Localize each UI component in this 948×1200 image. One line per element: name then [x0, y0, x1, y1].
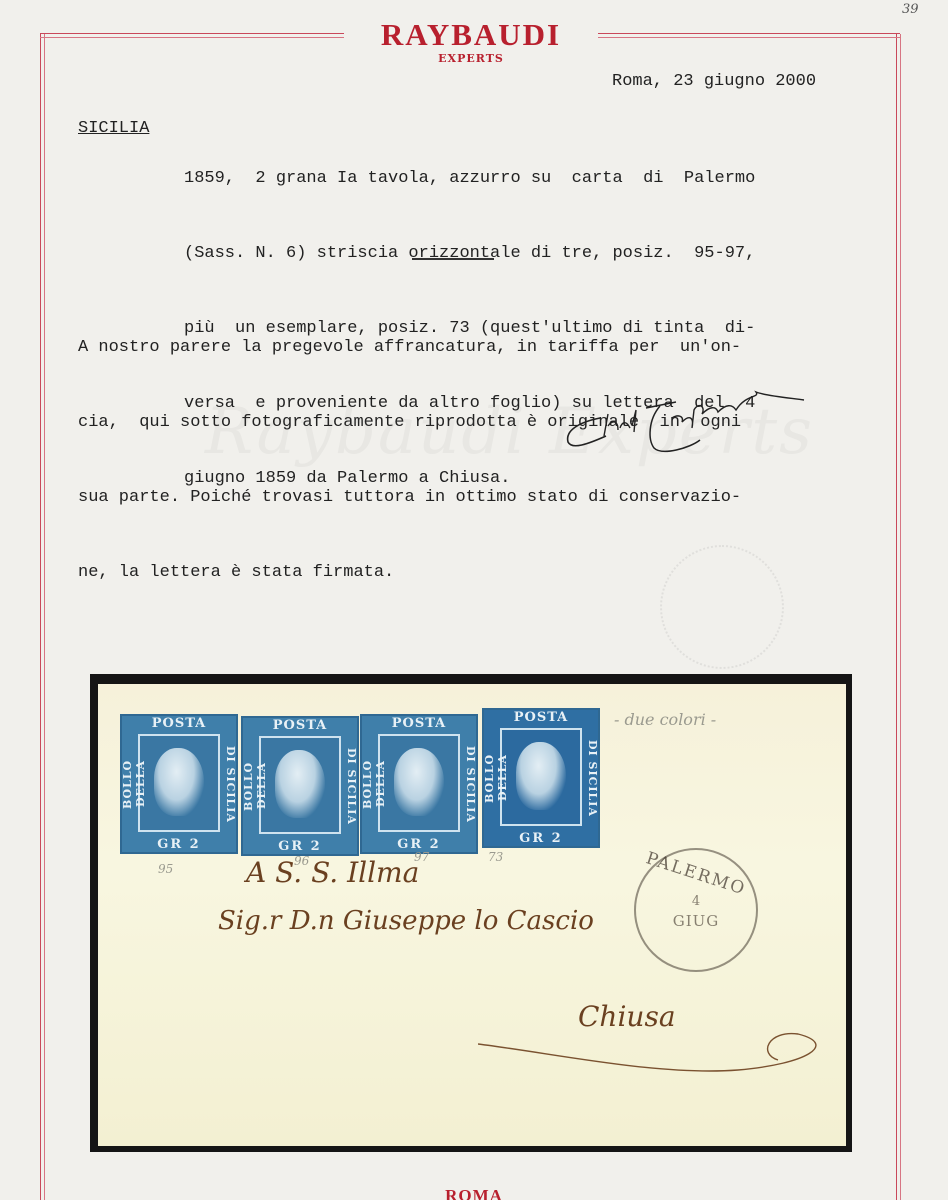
stamp-top-text: POSTA [241, 718, 359, 733]
stamp: POSTA BOLLO DELLA DI SICILIA GR 2 [241, 716, 359, 856]
stamp-top-text: POSTA [120, 716, 238, 731]
frame-left-border [40, 34, 45, 1200]
stamp-right-text: DI SICILIA [342, 740, 358, 832]
section-divider [412, 258, 494, 260]
stamp-value: GR 2 [482, 831, 600, 846]
stamp-top-text: POSTA [360, 716, 478, 731]
ghost-postmark [660, 545, 784, 669]
opinion-line: sua parte. Poiché trovasi tuttora in ott… [78, 485, 858, 510]
stamp-right-text: DI SICILIA [461, 738, 477, 830]
king-portrait [516, 742, 566, 810]
position-note: 95 [158, 862, 173, 876]
brand-title: RAYBAUDI [344, 18, 598, 52]
frame-right-border [896, 34, 901, 1200]
opinion-line: A nostro parere la pregevole affrancatur… [78, 335, 858, 360]
subject-label: SICILIA [78, 116, 149, 141]
frame-top-border-right [598, 33, 900, 38]
stamp: POSTA BOLLO DELLA DI SICILIA GR 2 [120, 714, 238, 854]
postmark-month: GIUG [636, 912, 756, 930]
stamp: POSTA BOLLO DELLA DI SICILIA GR 2 [360, 714, 478, 854]
brand-subtitle: EXPERTS [344, 52, 598, 65]
king-portrait [394, 748, 444, 816]
position-note: 73 [488, 850, 503, 864]
king-portrait [154, 748, 204, 816]
address-line: Sig.r D.n Giuseppe lo Cascio [218, 906, 594, 936]
description-line: 1859, 2 grana Ia tavola, azzurro su cart… [184, 166, 848, 191]
certificate-date: Roma, 23 giugno 2000 [612, 72, 816, 91]
pencil-note: - due colori - [614, 710, 716, 729]
stamp-left-text: BOLLO DELLA [361, 738, 377, 830]
footer-city: ROMA [0, 1186, 948, 1200]
postmark: PALERMO 4 GIUG [634, 848, 758, 972]
stamp-top-text: POSTA [482, 710, 600, 725]
stamp-right-text: DI SICILIA [221, 738, 237, 830]
stamp-value: GR 2 [241, 839, 359, 854]
stamp-left-text: BOLLO DELLA [121, 738, 137, 830]
stamp-value: GR 2 [120, 837, 238, 852]
stamp-right-text: DI SICILIA [583, 732, 599, 824]
king-portrait [275, 750, 325, 818]
stamp-left-text: BOLLO DELLA [242, 740, 258, 832]
stamp-strip: POSTA BOLLO DELLA DI SICILIA GR 2 POSTA … [120, 714, 600, 860]
address-line: A S. S. Illma [246, 856, 419, 889]
stamp-left-text: BOLLO DELLA [483, 732, 499, 824]
description-line: (Sass. N. 6) striscia orizzontale di tre… [184, 241, 848, 266]
postmark-day: 4 [636, 894, 756, 909]
page-number: 39 [902, 2, 919, 17]
stamp: POSTA BOLLO DELLA DI SICILIA GR 2 [482, 708, 600, 848]
flourish [478, 1024, 838, 1084]
signature [560, 370, 820, 470]
frame-top-border-left [40, 33, 344, 38]
cover-photo: POSTA BOLLO DELLA DI SICILIA GR 2 POSTA … [90, 674, 852, 1152]
